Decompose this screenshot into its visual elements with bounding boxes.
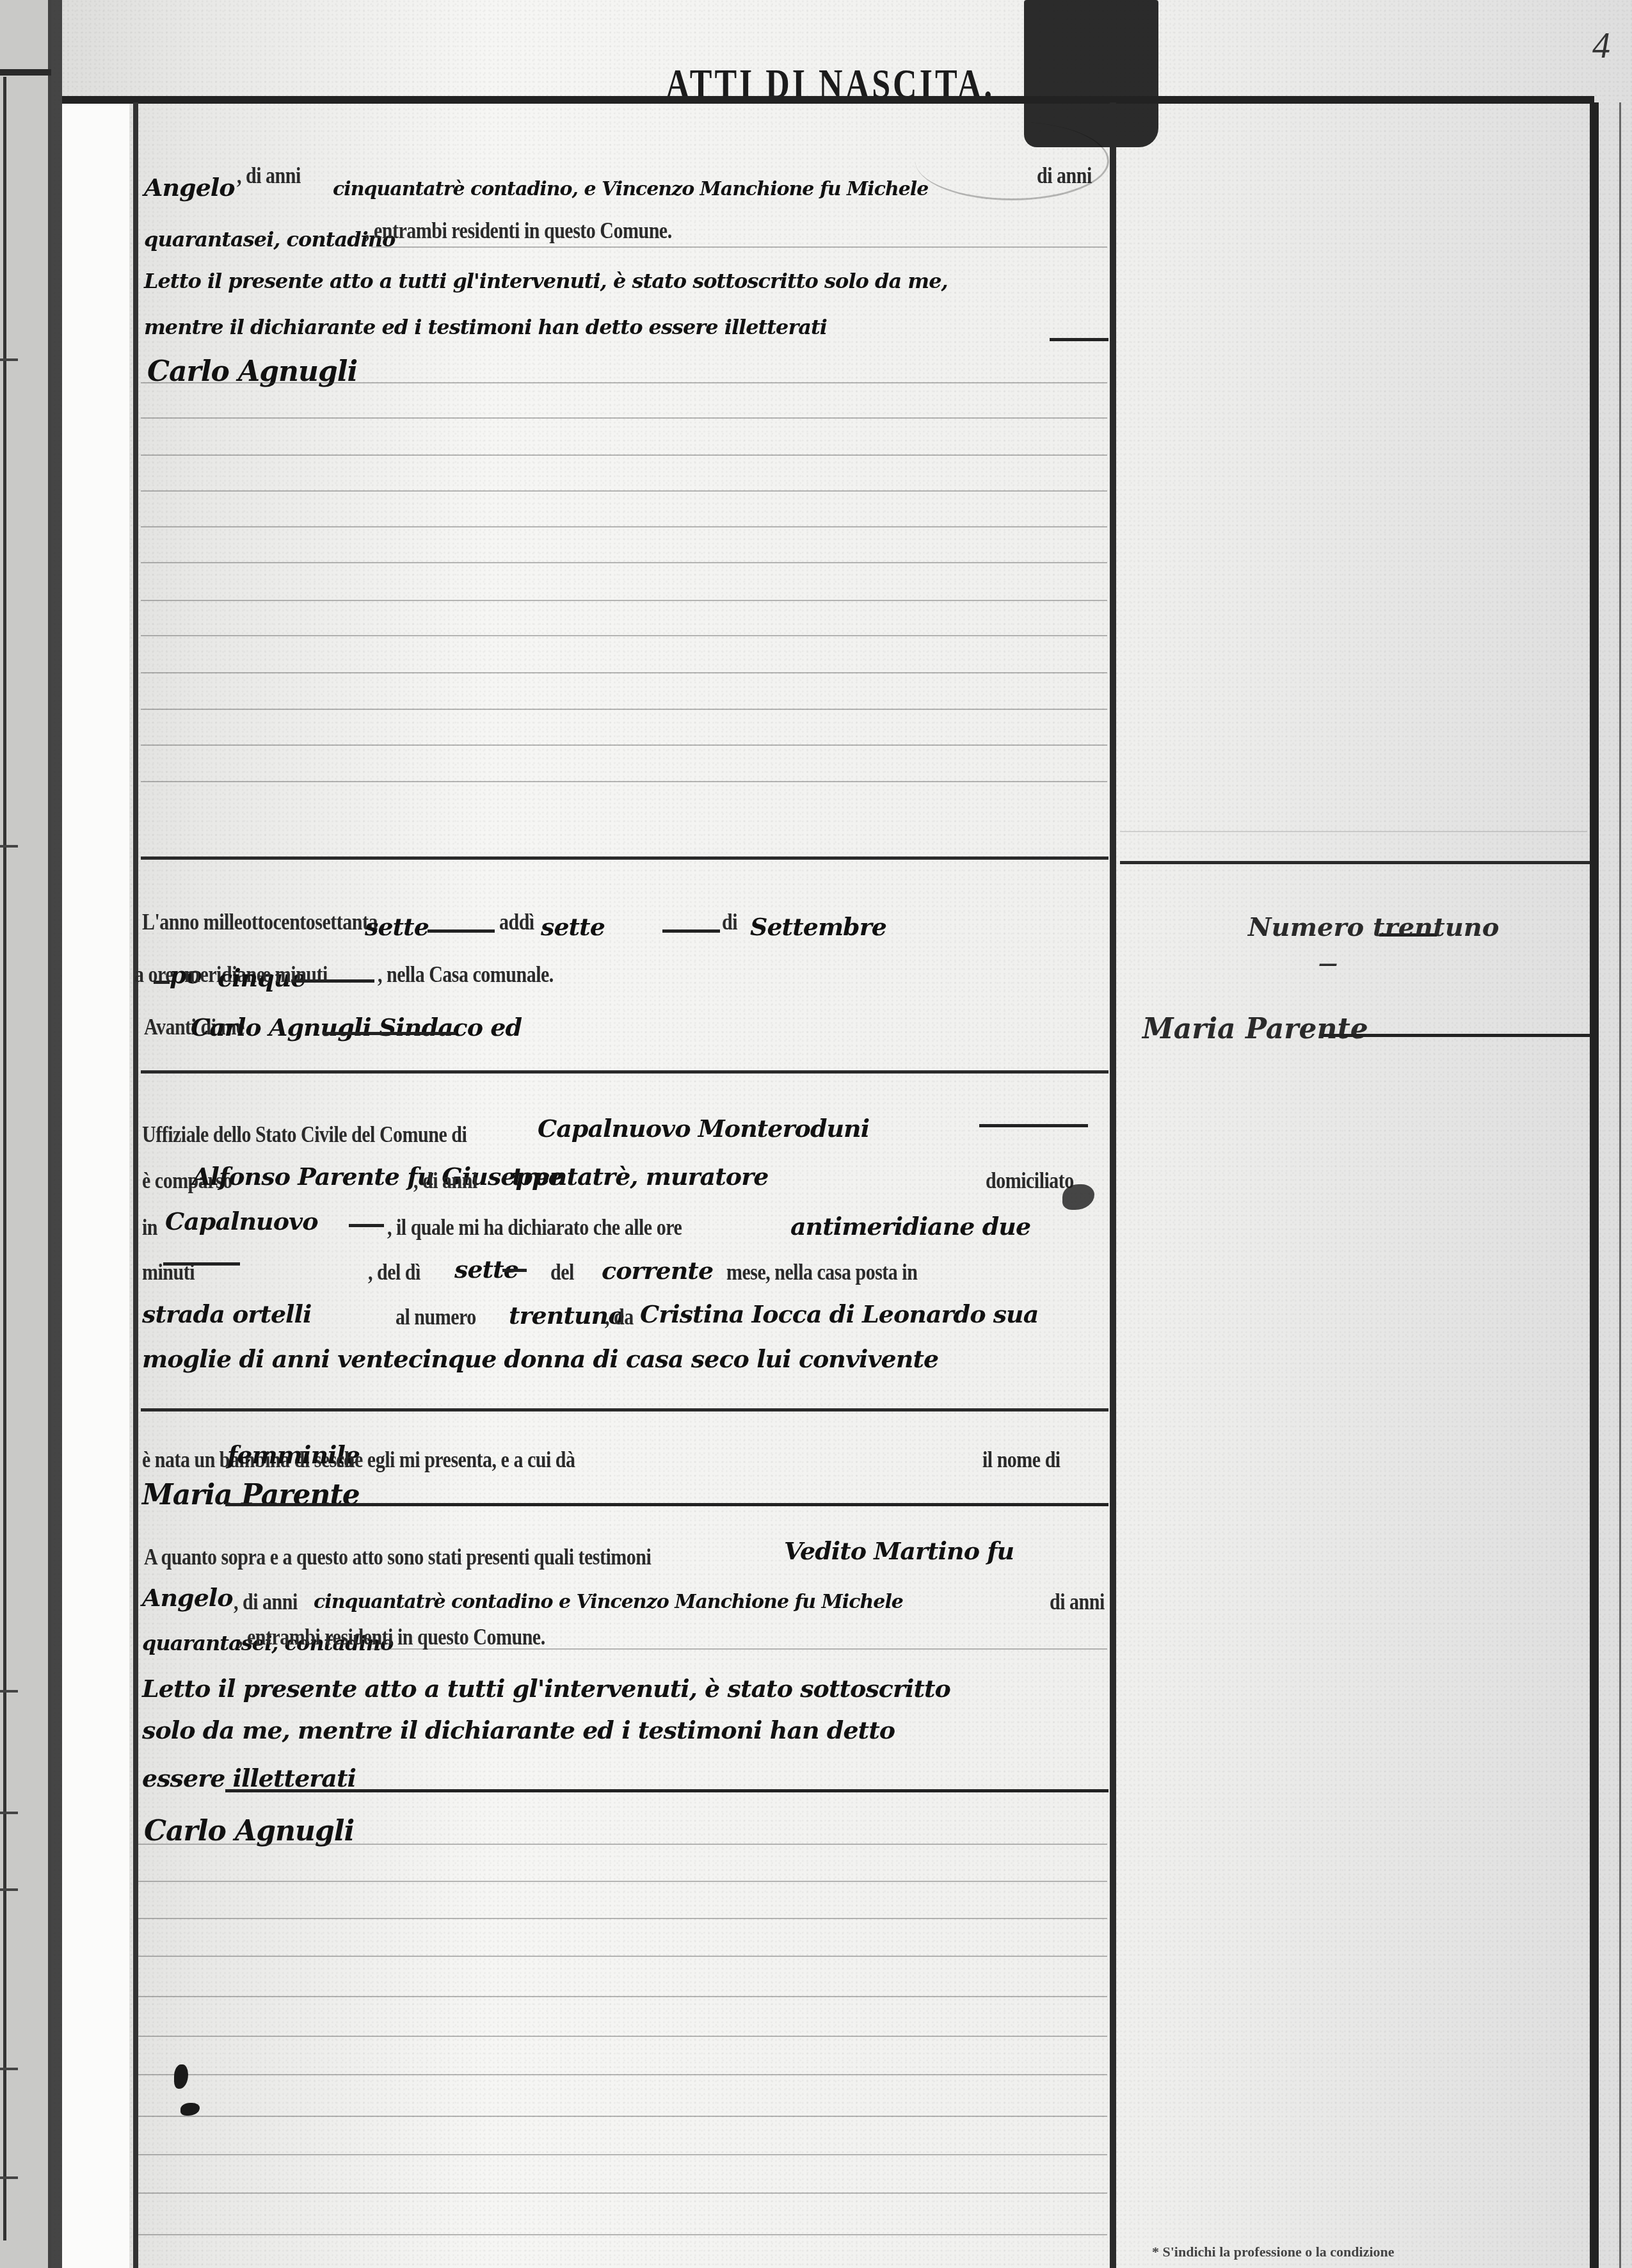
header-rule	[62, 96, 1594, 104]
blank-fill-line	[1322, 1034, 1590, 1037]
ruled-line	[138, 1996, 1107, 1997]
hand-text: mentre il dichiarante ed i testimoni han…	[144, 315, 827, 339]
hand-street: strada ortelli	[142, 1299, 311, 1328]
closing-text: essere illetterati	[142, 1764, 356, 1792]
column-divider	[1110, 102, 1116, 2268]
print-text: , entrambi residenti in questo Comune.	[365, 218, 672, 245]
hand-witness1: Vedito Martino fu	[784, 1536, 1014, 1565]
ruled-line	[138, 1881, 1107, 1882]
blank-fill-line	[1379, 933, 1437, 937]
blank-fill-line	[979, 1124, 1088, 1127]
print-text: e minuti	[262, 962, 328, 988]
print-text: , da	[605, 1305, 634, 1331]
blank-fill-line	[502, 1269, 527, 1272]
ruled-line	[138, 2036, 1107, 2037]
ruled-line	[138, 2154, 1107, 2155]
adjacent-tick	[0, 845, 18, 848]
ruled-line	[141, 562, 1107, 563]
ruled-line	[371, 1648, 1107, 1650]
print-text: a ore	[134, 962, 173, 988]
blank-fill-line	[1050, 338, 1108, 341]
adjacent-page-rule	[3, 77, 6, 2240]
print-text: addì	[499, 910, 534, 936]
adjacent-tick	[0, 1812, 18, 1814]
page-gutter	[62, 99, 129, 2268]
ruled-line	[141, 635, 1107, 636]
hand-text: Angelo	[144, 173, 235, 202]
ruled-line	[371, 246, 1107, 248]
margin-column-right-border	[1590, 102, 1599, 2268]
main-column-left-border	[133, 102, 138, 2268]
adjacent-tick	[0, 2176, 18, 2179]
closing-text: Letto il presente atto a tutti gl'interv…	[142, 1674, 950, 1703]
signature: Carlo Agnugli	[144, 1815, 354, 1847]
ruled-line	[141, 490, 1107, 492]
ruled-line	[141, 600, 1107, 601]
hand-day: sette	[541, 912, 605, 941]
margin-separator	[1120, 861, 1590, 864]
hand-text: Letto il presente atto a tutti gl'interv…	[144, 269, 948, 293]
print-text: che egli mi presenta, e a cui dà	[336, 1447, 575, 1474]
hand-child-name: Maria Parente	[142, 1479, 360, 1511]
ruled-line	[138, 2192, 1107, 2194]
print-text: di anni	[1050, 1589, 1105, 1616]
hand-text: quarantasei, contadino	[144, 227, 395, 252]
page-binding-edge	[48, 0, 62, 2268]
blank-fill-line	[291, 979, 374, 983]
hand-witness-ages: cinquantatrè contadino e Vincenzo Manchi…	[314, 1591, 903, 1613]
hand-official: Carlo Agnugli Sindaco ed	[191, 1013, 522, 1042]
hand-town: Capalnuovo	[165, 1207, 318, 1235]
ruled-line	[138, 1956, 1107, 1957]
blank-fill-line	[225, 1503, 1108, 1506]
hand-age: trentatrè, muratore	[512, 1162, 768, 1191]
adjacent-page-strip	[0, 0, 51, 2268]
print-text: di anni	[1037, 163, 1092, 189]
margin-ruled-line	[1120, 831, 1587, 832]
print-text: il nome di	[982, 1447, 1060, 1474]
ruled-line	[141, 417, 1107, 419]
section-separator	[141, 1408, 1108, 1411]
print-text: mese, nella casa posta in	[726, 1260, 917, 1286]
print-text: domiciliato	[986, 1168, 1074, 1194]
print-text: , di anni	[237, 163, 301, 189]
ruled-line	[138, 1918, 1107, 1919]
blank-fill-line	[323, 1032, 456, 1035]
ruled-line	[141, 709, 1107, 710]
print-text: , del dì	[368, 1260, 420, 1286]
ruled-line	[141, 382, 1107, 383]
section-separator	[141, 1070, 1108, 1074]
margin-note-mark: —	[1318, 953, 1338, 975]
print-text: in	[142, 1215, 157, 1241]
blank-fill-line	[154, 981, 170, 984]
ruled-line	[138, 2116, 1107, 2117]
margin-note-heading: Numero trentuno	[1248, 912, 1500, 942]
record-separator	[141, 857, 1108, 860]
hand-time: antimeridiane due	[790, 1212, 1030, 1241]
blank-fill-line	[662, 929, 720, 933]
hand-month: Settembre	[750, 912, 886, 941]
adjacent-tick	[0, 358, 18, 361]
hand-text: cinquantatrè contadino, e Vincenzo Manch…	[333, 178, 928, 200]
hand-mother: Cristina Iocca di Leonardo sua	[640, 1299, 1038, 1328]
ruled-line	[141, 454, 1107, 456]
print-text: L'anno milleottocentosettanta	[142, 910, 378, 936]
print-text: , di anni	[234, 1589, 298, 1616]
print-text: Uffiziale dello Stato Civile del Comune …	[142, 1122, 467, 1148]
print-text: del	[550, 1260, 574, 1286]
ruled-line	[141, 744, 1107, 746]
print-text: , entrambi residenti in questo Comune.	[238, 1625, 545, 1651]
print-text: , nella Casa comunale.	[378, 962, 554, 988]
ruled-line	[138, 2074, 1107, 2075]
adjacent-header-rule	[0, 69, 51, 76]
hand-declarant: Alfonso Parente fu Giuseppe	[192, 1162, 563, 1191]
print-text: , di anni	[413, 1168, 477, 1194]
adjacent-tick	[0, 1690, 18, 1693]
hand-mother-details: moglie di anni ventecinque donna di casa…	[142, 1344, 938, 1373]
margin-note-name: Maria Parente	[1142, 1013, 1368, 1045]
folio-number: 4	[1592, 26, 1610, 67]
ruled-line	[138, 1844, 1107, 1845]
blank-fill-line	[349, 1224, 384, 1227]
print-text: al numero	[396, 1305, 476, 1331]
print-text: A quanto sopra e a questo atto sono stat…	[144, 1545, 651, 1571]
print-text: , il quale mi ha dichiarato che alle ore	[387, 1215, 682, 1241]
page-edge-line	[1619, 102, 1621, 2268]
blank-fill-line	[163, 1262, 240, 1266]
hand-text: Angelo	[142, 1583, 233, 1612]
footnote: * S'indichi la professione o la condizio…	[1152, 2244, 1395, 2260]
adjacent-tick	[0, 2068, 18, 2070]
hand-comune: Capalnuovo Monteroduni	[538, 1114, 869, 1143]
blank-fill-line	[428, 929, 495, 933]
ruled-line	[141, 781, 1107, 782]
hand-year: sette	[365, 912, 429, 941]
hand-current: corrente	[602, 1256, 713, 1285]
closing-text: solo da me, mentre il dichiarante ed i t…	[142, 1716, 895, 1744]
ruled-line	[141, 526, 1107, 527]
ruled-line	[138, 2234, 1107, 2235]
ruled-line	[141, 672, 1107, 673]
blank-fill-line	[225, 1789, 1108, 1792]
print-text: di	[722, 910, 737, 936]
adjacent-tick	[0, 1888, 18, 1891]
